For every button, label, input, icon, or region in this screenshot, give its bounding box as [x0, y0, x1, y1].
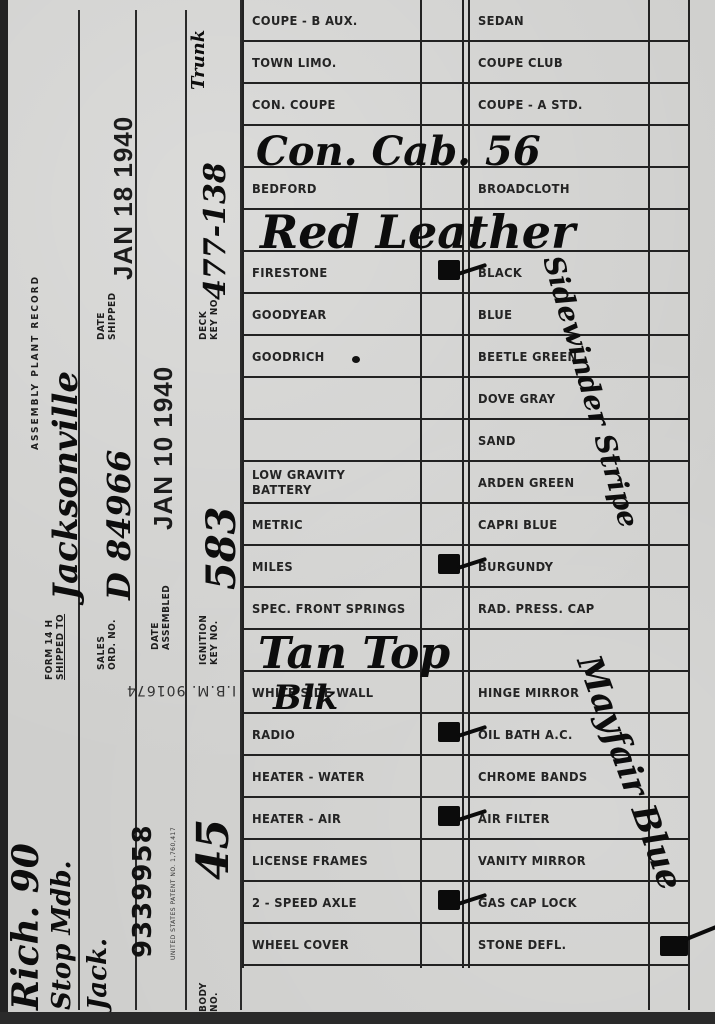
body-style-handwritten: Con. Cab. 56 — [256, 128, 541, 175]
option-label-left: MILES — [252, 546, 408, 586]
wheel-note-value: Blk — [273, 678, 338, 718]
option-label-left: WHEEL COVER — [252, 924, 408, 964]
option-label-left: RADIO — [252, 714, 408, 754]
ink-dot — [352, 356, 360, 363]
option-checkbox-right[interactable] — [650, 462, 688, 502]
wheel-note-handwritten: Blk — [273, 678, 338, 718]
date-assembled-label: DATE ASSEMBLED — [150, 580, 172, 650]
photo-border-bottom — [0, 1012, 715, 1024]
serial-number-value: 9339958 — [128, 824, 158, 958]
patent-text: UNITED STATES PATENT NO. 1,760,417 — [170, 827, 177, 960]
option-checkbox-right[interactable] — [650, 714, 688, 754]
option-checkbox-right[interactable] — [650, 420, 688, 460]
option-checkbox-left[interactable] — [422, 378, 462, 418]
option-checkbox-left[interactable] — [422, 756, 462, 796]
option-checkbox-right[interactable] — [650, 252, 688, 292]
body-no-handwritten: 45 — [188, 819, 239, 880]
option-label-left: HEATER - AIR — [252, 798, 408, 838]
shipped-to-handwritten: Jacksonville — [46, 371, 86, 600]
date-shipped-label-text: DATE SHIPPED — [96, 292, 118, 340]
option-checkbox-right[interactable] — [650, 630, 688, 670]
table-row: GOODYEARBLUE — [242, 294, 690, 336]
option-label-left: GOODRICH — [252, 336, 408, 376]
top-value: Tan Top — [258, 628, 450, 679]
table-row: COUPE - B AUX.SEDAN — [242, 0, 690, 42]
option-label-right: BEETLE GREEN — [478, 336, 634, 376]
option-label-right: AIR FILTER — [478, 798, 634, 838]
option-checkbox-right[interactable] — [650, 672, 688, 712]
ignition-key-no-label-text: IGNITION KEY NO. — [198, 615, 220, 665]
date-assembled-label-text: DATE ASSEMBLED — [150, 585, 172, 650]
option-checkbox-right[interactable] — [650, 546, 688, 586]
check-mark-icon — [438, 260, 460, 280]
table-row: DOVE GRAY — [242, 378, 690, 420]
form-title-text: Assembly Plant Record — [30, 275, 41, 450]
date-shipped-stamp: JAN 18 1940 — [108, 116, 139, 280]
option-checkbox-right[interactable] — [650, 210, 688, 250]
deck-key-no-handwritten: 477-138 — [198, 162, 233, 300]
body-style-value: Con. Cab. 56 — [256, 128, 541, 175]
table-row: WHEEL COVERSTONE DEFL. — [242, 924, 690, 966]
option-checkbox-left[interactable] — [422, 462, 462, 502]
deck-key-no-label-text: DECK KEY NO. — [198, 295, 220, 340]
ibm-number-text: I.B.M. 901674 — [126, 682, 236, 698]
date-assembled-stamp: JAN 10 1940 — [148, 366, 179, 530]
ignition-key-no-value: 583 — [198, 507, 245, 591]
sales-ord-no-label: SALES ORD. NO. — [96, 610, 118, 670]
option-checkbox-right[interactable] — [650, 126, 688, 166]
option-label-left: SPEC. FRONT SPRINGS — [252, 588, 408, 628]
patent-text-value: UNITED STATES PATENT NO. 1,760,417 — [170, 827, 177, 960]
option-checkbox-right[interactable] — [650, 336, 688, 376]
option-label-left: 2 - SPEED AXLE — [252, 882, 408, 922]
sales-ord-no-label-text: SALES ORD. NO. — [96, 619, 118, 670]
body-no-label-text: BODY NO. — [198, 982, 220, 1012]
option-checkbox-left[interactable] — [422, 294, 462, 334]
option-checkbox-left[interactable] — [422, 420, 462, 460]
upholstery-handwritten: Red Leather — [260, 205, 575, 259]
form-title: Assembly Plant Record — [30, 275, 41, 450]
option-checkbox-left[interactable] — [422, 840, 462, 880]
option-label-left: HEATER - WATER — [252, 756, 408, 796]
option-checkbox-right[interactable] — [650, 84, 688, 124]
table-row: LICENSE FRAMESVANITY MIRROR — [242, 840, 690, 882]
date-assembled-value: JAN 10 1940 — [148, 366, 178, 530]
serial-number: 9339958 — [128, 824, 158, 958]
sales-ord-no-handwritten: D 84966 — [100, 450, 138, 600]
option-checkbox-left[interactable] — [422, 504, 462, 544]
table-row: 2 - SPEED AXLEGAS CAP LOCK — [242, 882, 690, 924]
body-no-label: BODY NO. — [198, 972, 220, 1012]
option-label-right: RAD. PRESS. CAP — [478, 588, 634, 628]
option-checkbox-right[interactable] — [650, 294, 688, 334]
option-checkbox-left[interactable] — [422, 714, 462, 754]
date-shipped-label: DATE SHIPPED — [96, 290, 118, 340]
table-row: TOWN LIMO.COUPE CLUB — [242, 42, 690, 84]
handwritten-note-left: Rich. 90 Stop Mdb. Jack. — [8, 843, 116, 1010]
top-handwritten: Tan Top — [258, 628, 450, 679]
body-no-value: 45 — [188, 819, 239, 880]
assembly-plant-record-card: Assembly Plant Record FORM 14 H SHIPPED … — [8, 0, 715, 1024]
check-mark-icon — [438, 890, 460, 910]
option-label-left: CON. COUPE — [252, 84, 408, 124]
option-label-right: STONE DEFL. — [478, 924, 634, 964]
option-label-right: BURGUNDY — [478, 546, 634, 586]
option-checkbox-left[interactable] — [422, 546, 462, 586]
table-row: SPEC. FRONT SPRINGSRAD. PRESS. CAP — [242, 588, 690, 630]
option-checkbox-left[interactable] — [422, 924, 462, 964]
option-label-left: METRIC — [252, 504, 408, 544]
option-checkbox-left[interactable] — [422, 42, 462, 82]
option-label-right: SEDAN — [478, 0, 634, 40]
option-checkbox-left[interactable] — [422, 882, 462, 922]
check-mark-icon — [438, 806, 460, 826]
option-label-left: COUPE - B AUX. — [252, 0, 408, 40]
note-line-2: Stop Mdb. — [44, 843, 80, 1010]
check-mark-icon — [438, 554, 460, 574]
option-checkbox-right[interactable] — [650, 378, 688, 418]
upholstery-value: Red Leather — [260, 205, 575, 259]
option-label-left: GOODYEAR — [252, 294, 408, 334]
ignition-key-no-label: IGNITION KEY NO. — [198, 605, 220, 665]
note-line-3: Jack. — [80, 843, 116, 1010]
option-label-right: COUPE - A STD. — [478, 84, 634, 124]
option-checkbox-right[interactable] — [650, 42, 688, 82]
option-checkbox-left[interactable] — [422, 336, 462, 376]
option-label-right: COUPE CLUB — [478, 42, 634, 82]
option-label-left: TOWN LIMO. — [252, 42, 408, 82]
option-checkbox-left[interactable] — [422, 588, 462, 628]
table-row: MILESBURGUNDY — [242, 546, 690, 588]
option-label-left — [252, 378, 408, 418]
option-label-right: GAS CAP LOCK — [478, 882, 634, 922]
rule-date-assembled — [185, 10, 187, 1010]
option-checkbox-right[interactable] — [650, 924, 688, 964]
check-stroke-icon — [683, 925, 715, 942]
option-label-left: LOW GRAVITY BATTERY — [252, 462, 408, 502]
table-row: GOODRICHBEETLE GREEN — [242, 336, 690, 378]
form-number: FORM 14 H — [44, 620, 55, 681]
option-label-right: VANITY MIRROR — [478, 840, 634, 880]
deck-key-no-value: 477-138 — [198, 162, 233, 300]
option-checkbox-right[interactable] — [650, 168, 688, 208]
deck-key-note-value: Trunk — [188, 30, 209, 90]
ignition-key-no-handwritten: 583 — [198, 507, 245, 591]
option-checkbox-right[interactable] — [650, 0, 688, 40]
shipped-to-value: Jacksonville — [46, 371, 86, 600]
option-checkbox-left[interactable] — [422, 84, 462, 124]
ibm-number: I.B.M. 901674 — [126, 682, 236, 698]
option-checkbox-left[interactable] — [422, 0, 462, 40]
shipped-to-label: SHIPPED TO — [55, 614, 66, 680]
option-checkbox-left[interactable] — [422, 798, 462, 838]
deck-key-note-handwritten: Trunk — [188, 30, 209, 90]
date-shipped-value: JAN 18 1940 — [108, 116, 138, 280]
option-label-left — [252, 420, 408, 460]
option-label-left: LICENSE FRAMES — [252, 840, 408, 880]
form-number-label: FORM 14 H SHIPPED TO — [44, 614, 66, 680]
check-mark-icon — [438, 722, 460, 742]
option-checkbox-right[interactable] — [650, 588, 688, 628]
option-checkbox-right[interactable] — [650, 504, 688, 544]
table-row: CON. COUPECOUPE - A STD. — [242, 84, 690, 126]
note-line-1: Rich. 90 — [8, 843, 44, 1010]
sales-ord-no-value: D 84966 — [100, 450, 138, 600]
